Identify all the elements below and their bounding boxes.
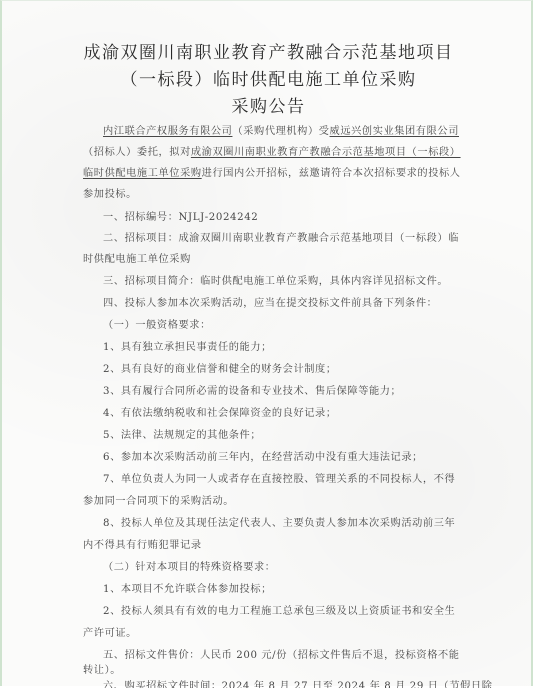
project-name-part-2: 临时供配电施工单位采购 bbox=[83, 168, 202, 179]
general-item-3: 3、具有履行合同所必需的设备和专业技术、售后保障等能力； bbox=[103, 382, 401, 397]
section-1-tender-number: 一、招标编号：NJLJ-2024242 bbox=[103, 208, 258, 223]
section-4-conditions: 四、投标人参加本次采购活动，应当在提交投标文件前具备下列条件： bbox=[103, 294, 437, 309]
document-page: 成渝双圈川南职业教育产教融合示范基地项目 （一标段）临时供配电施工单位采购 采购… bbox=[0, 0, 533, 686]
project-name-part-1: 成渝双圈川南职业教育产教融合示范基地项目（一标段） bbox=[191, 147, 461, 158]
special-item-2-line-2: 产许可证。 bbox=[83, 624, 137, 639]
intro-line-1: 内江联合产权服务有限公司（采购代理机构）受威远兴创实业集团有限公司 bbox=[103, 122, 459, 137]
intro-line-2: （招标人）委托，拟对成渝双圈川南职业教育产教融合示范基地项目（一标段） bbox=[83, 143, 461, 158]
intro-line-3: 临时供配电施工单位采购进行国内公开招标，兹邀请符合本次招标要求的投标人 bbox=[83, 164, 461, 179]
section-2-line-1: 二、招标项目：成渝双圈川南职业教育产教融合示范基地项目（一标段）临 bbox=[103, 229, 459, 244]
special-requirements-heading: （二）针对本项目的特殊资格要求： bbox=[103, 558, 276, 573]
purchase-time-label: 六、购买招标文件时间： bbox=[103, 681, 222, 688]
general-item-8-line-2: 内不得具有行贿犯罪记录 bbox=[83, 536, 202, 551]
general-item-7-line-2: 参加同一合同项下的采购活动。 bbox=[83, 492, 234, 507]
section-2-line-2: 时供配电施工单位采购 bbox=[83, 250, 191, 265]
document-title-line-3: 采购公告 bbox=[2, 92, 535, 117]
agency-role: （采购代理机构）受 bbox=[232, 126, 329, 137]
document-title-line-2: （一标段）临时供配电施工单位采购 bbox=[2, 65, 535, 90]
general-item-8-line-1: 8、投标人单位及其现任法定代表人、主要负责人参加本次采购活动前三年 bbox=[103, 514, 455, 529]
general-item-6: 6、参加本次采购活动前三年内，在经营活动中没有重大违法记录； bbox=[103, 448, 423, 463]
general-item-5: 5、法律、法规规定的其他条件； bbox=[103, 426, 261, 441]
section-5-price-line-2: 转让）。 bbox=[83, 661, 121, 676]
general-item-4: 4、有依法缴纳税收和社会保障资金的良好记录； bbox=[103, 404, 337, 419]
general-requirements-heading: （一）一般资格要求： bbox=[103, 316, 211, 331]
general-item-7-line-1: 7、单位负责人为同一人或者存在直接控股、管理关系的不同投标人，不得 bbox=[103, 470, 455, 485]
tenderer-role: （招标人）委托，拟对 bbox=[83, 147, 191, 158]
intro-rest: 进行国内公开招标，兹邀请符合本次招标要求的投标人 bbox=[202, 168, 461, 179]
purchase-time-value: 2024 年 8 月 27 日至 2024 年 8 月 29 日（节假日除 bbox=[222, 681, 493, 688]
intro-line-4: 参加投标。 bbox=[83, 185, 137, 200]
document-title-line-1: 成渝双圈川南职业教育产教融合示范基地项目 bbox=[2, 38, 535, 63]
general-item-2: 2、具有良好的商业信誉和健全的财务会计制度； bbox=[103, 360, 337, 375]
special-item-1: 1、本项目不允许联合体参加投标； bbox=[103, 580, 272, 595]
special-item-2-line-1: 2、投标人须具有有效的电力工程施工总承包三级及以上资质证书和安全生 bbox=[103, 602, 455, 617]
section-5-price-line-1: 五、招标文件售价：人民币 200 元/份（招标文件售后不退，投标资格不能 bbox=[103, 646, 460, 661]
section-3-summary: 三、招标项目简介：临时供配电施工单位采购，具体内容详见招标文件。 bbox=[103, 272, 448, 287]
section-6-purchase-time: 六、购买招标文件时间：2024 年 8 月 27 日至 2024 年 8 月 2… bbox=[103, 677, 492, 688]
agency-name: 内江联合产权服务有限公司 bbox=[103, 126, 232, 137]
general-item-1: 1、具有独立承担民事责任的能力； bbox=[103, 338, 272, 353]
tenderer-name: 威远兴创实业集团有限公司 bbox=[330, 126, 459, 137]
